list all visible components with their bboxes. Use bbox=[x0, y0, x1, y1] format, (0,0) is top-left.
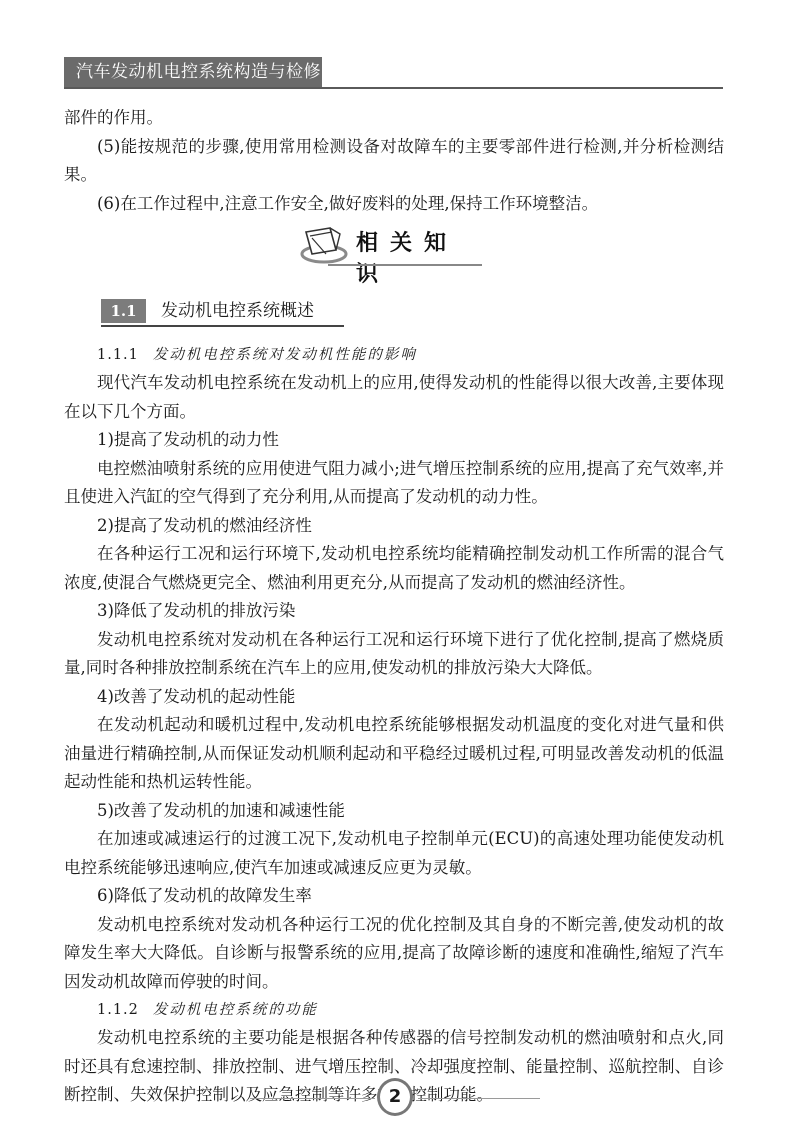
list-heading: 2)提高了发动机的燃油经济性 bbox=[64, 512, 724, 541]
paragraph: 在发动机起动和暖机过程中,发动机电控系统能够根据发动机温度的变化对进气量和供油量… bbox=[64, 711, 724, 797]
paragraph: 电控燃油喷射系统的应用使进气阻力减小;进气增压控制系统的应用,提高了充气效率,并… bbox=[64, 455, 724, 512]
paragraph: 发动机电控系统对发动机在各种运行工况和运行环境下进行了优化控制,提高了燃烧质量,… bbox=[64, 626, 724, 683]
book-title: 汽车发动机电控系统构造与检修 bbox=[64, 57, 322, 87]
intro-line: (6)在工作过程中,注意工作安全,做好废料的处理,保持工作环境整洁。 bbox=[64, 190, 724, 219]
banner-underline bbox=[328, 264, 482, 266]
list-heading: 4)改善了发动机的起动性能 bbox=[64, 683, 724, 712]
paragraph: 在各种运行工况和运行环境下,发动机电控系统均能精确控制发动机工作所需的混合气浓度… bbox=[64, 540, 724, 597]
section-heading: 1.1 发动机电控系统概述 bbox=[101, 299, 344, 327]
subsection-title: 发动机电控系统的功能 bbox=[153, 1002, 318, 1018]
subsection-number: 1.1.2 bbox=[97, 1002, 139, 1018]
paragraph: 在加速或减速运行的过渡工况下,发动机电子控制单元(ECU)的高速处理功能使发动机… bbox=[64, 825, 724, 882]
footer-rule-left bbox=[250, 1098, 375, 1099]
list-heading: 5)改善了发动机的加速和减速性能 bbox=[64, 797, 724, 826]
paragraph: 发动机电控系统对发动机各种运行工况的优化控制及其自身的不断完善,使发动机的故障发… bbox=[64, 911, 724, 997]
banner-title: 相关知识 bbox=[356, 226, 482, 288]
page-number: 2 bbox=[377, 1078, 413, 1116]
subsection-title: 发动机电控系统对发动机性能的影响 bbox=[153, 347, 417, 363]
section-banner: 相关知识 bbox=[300, 222, 482, 268]
subsection-heading: 1.1.2发动机电控系统的功能 bbox=[64, 996, 724, 1024]
subsection-number: 1.1.1 bbox=[97, 347, 139, 363]
footer-rule-right bbox=[418, 1098, 540, 1099]
list-heading: 3)降低了发动机的排放污染 bbox=[64, 597, 724, 626]
list-heading: 6)降低了发动机的故障发生率 bbox=[64, 882, 724, 911]
intro-line: (5)能按规范的步骤,使用常用检测设备对故障车的主要零部件进行检测,并分析检测结… bbox=[64, 133, 724, 190]
page-footer: 2 bbox=[250, 1068, 540, 1108]
open-book-icon bbox=[300, 224, 352, 264]
section-title: 发动机电控系统概述 bbox=[161, 299, 314, 323]
paragraph: 现代汽车发动机电控系统在发动机上的应用,使得发动机的性能得以很大改善,主要体现在… bbox=[64, 369, 724, 426]
subsection-heading: 1.1.1发动机电控系统对发动机性能的影响 bbox=[64, 341, 724, 369]
running-header: 汽车发动机电控系统构造与检修 bbox=[64, 57, 723, 89]
section-number: 1.1 bbox=[101, 299, 146, 323]
section-body: 1.1.1发动机电控系统对发动机性能的影响 现代汽车发动机电控系统在发动机上的应… bbox=[64, 341, 724, 1110]
page-content: 部件的作用。 (5)能按规范的步骤,使用常用检测设备对故障车的主要零部件进行检测… bbox=[64, 104, 724, 218]
intro-line: 部件的作用。 bbox=[64, 104, 724, 133]
list-heading: 1)提高了发动机的动力性 bbox=[64, 426, 724, 455]
